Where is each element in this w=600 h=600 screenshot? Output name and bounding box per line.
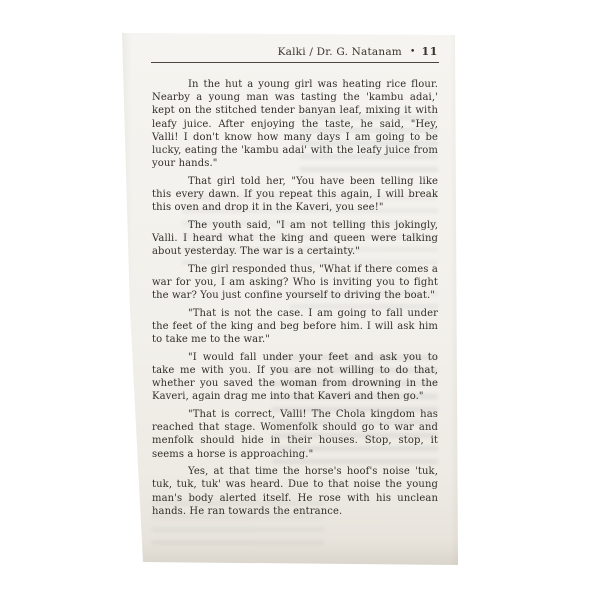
book-page: Kalki / Dr. G. Natanam•11 In the hut a y…	[122, 33, 458, 565]
book-title: Kalki / Dr. G. Natanam	[278, 46, 402, 58]
header-rule	[151, 62, 439, 63]
scanned-book-photo: Kalki / Dr. G. Natanam•11 In the hut a y…	[0, 0, 600, 600]
header-bullet-icon: •	[410, 47, 416, 57]
page-header: Kalki / Dr. G. Natanam•11	[152, 45, 438, 58]
paragraph: The youth said, "I am not telling this j…	[152, 219, 438, 259]
body-text: In the hut a young girl was heating rice…	[152, 78, 438, 522]
page-number: 11	[421, 45, 438, 58]
paragraph: Yes, at that time the horse's hoof's noi…	[152, 465, 438, 518]
paragraph: In the hut a young girl was heating rice…	[152, 78, 438, 170]
paragraph: The girl responded thus, "What if there …	[152, 263, 438, 303]
paragraph: "I would fall under your feet and ask yo…	[152, 351, 438, 404]
paragraph: That girl told her, "You have been telli…	[152, 175, 438, 215]
paragraph: "That is not the case. I am going to fal…	[152, 307, 438, 347]
paragraph: "That is correct, Valli! The Chola kingd…	[152, 408, 438, 461]
